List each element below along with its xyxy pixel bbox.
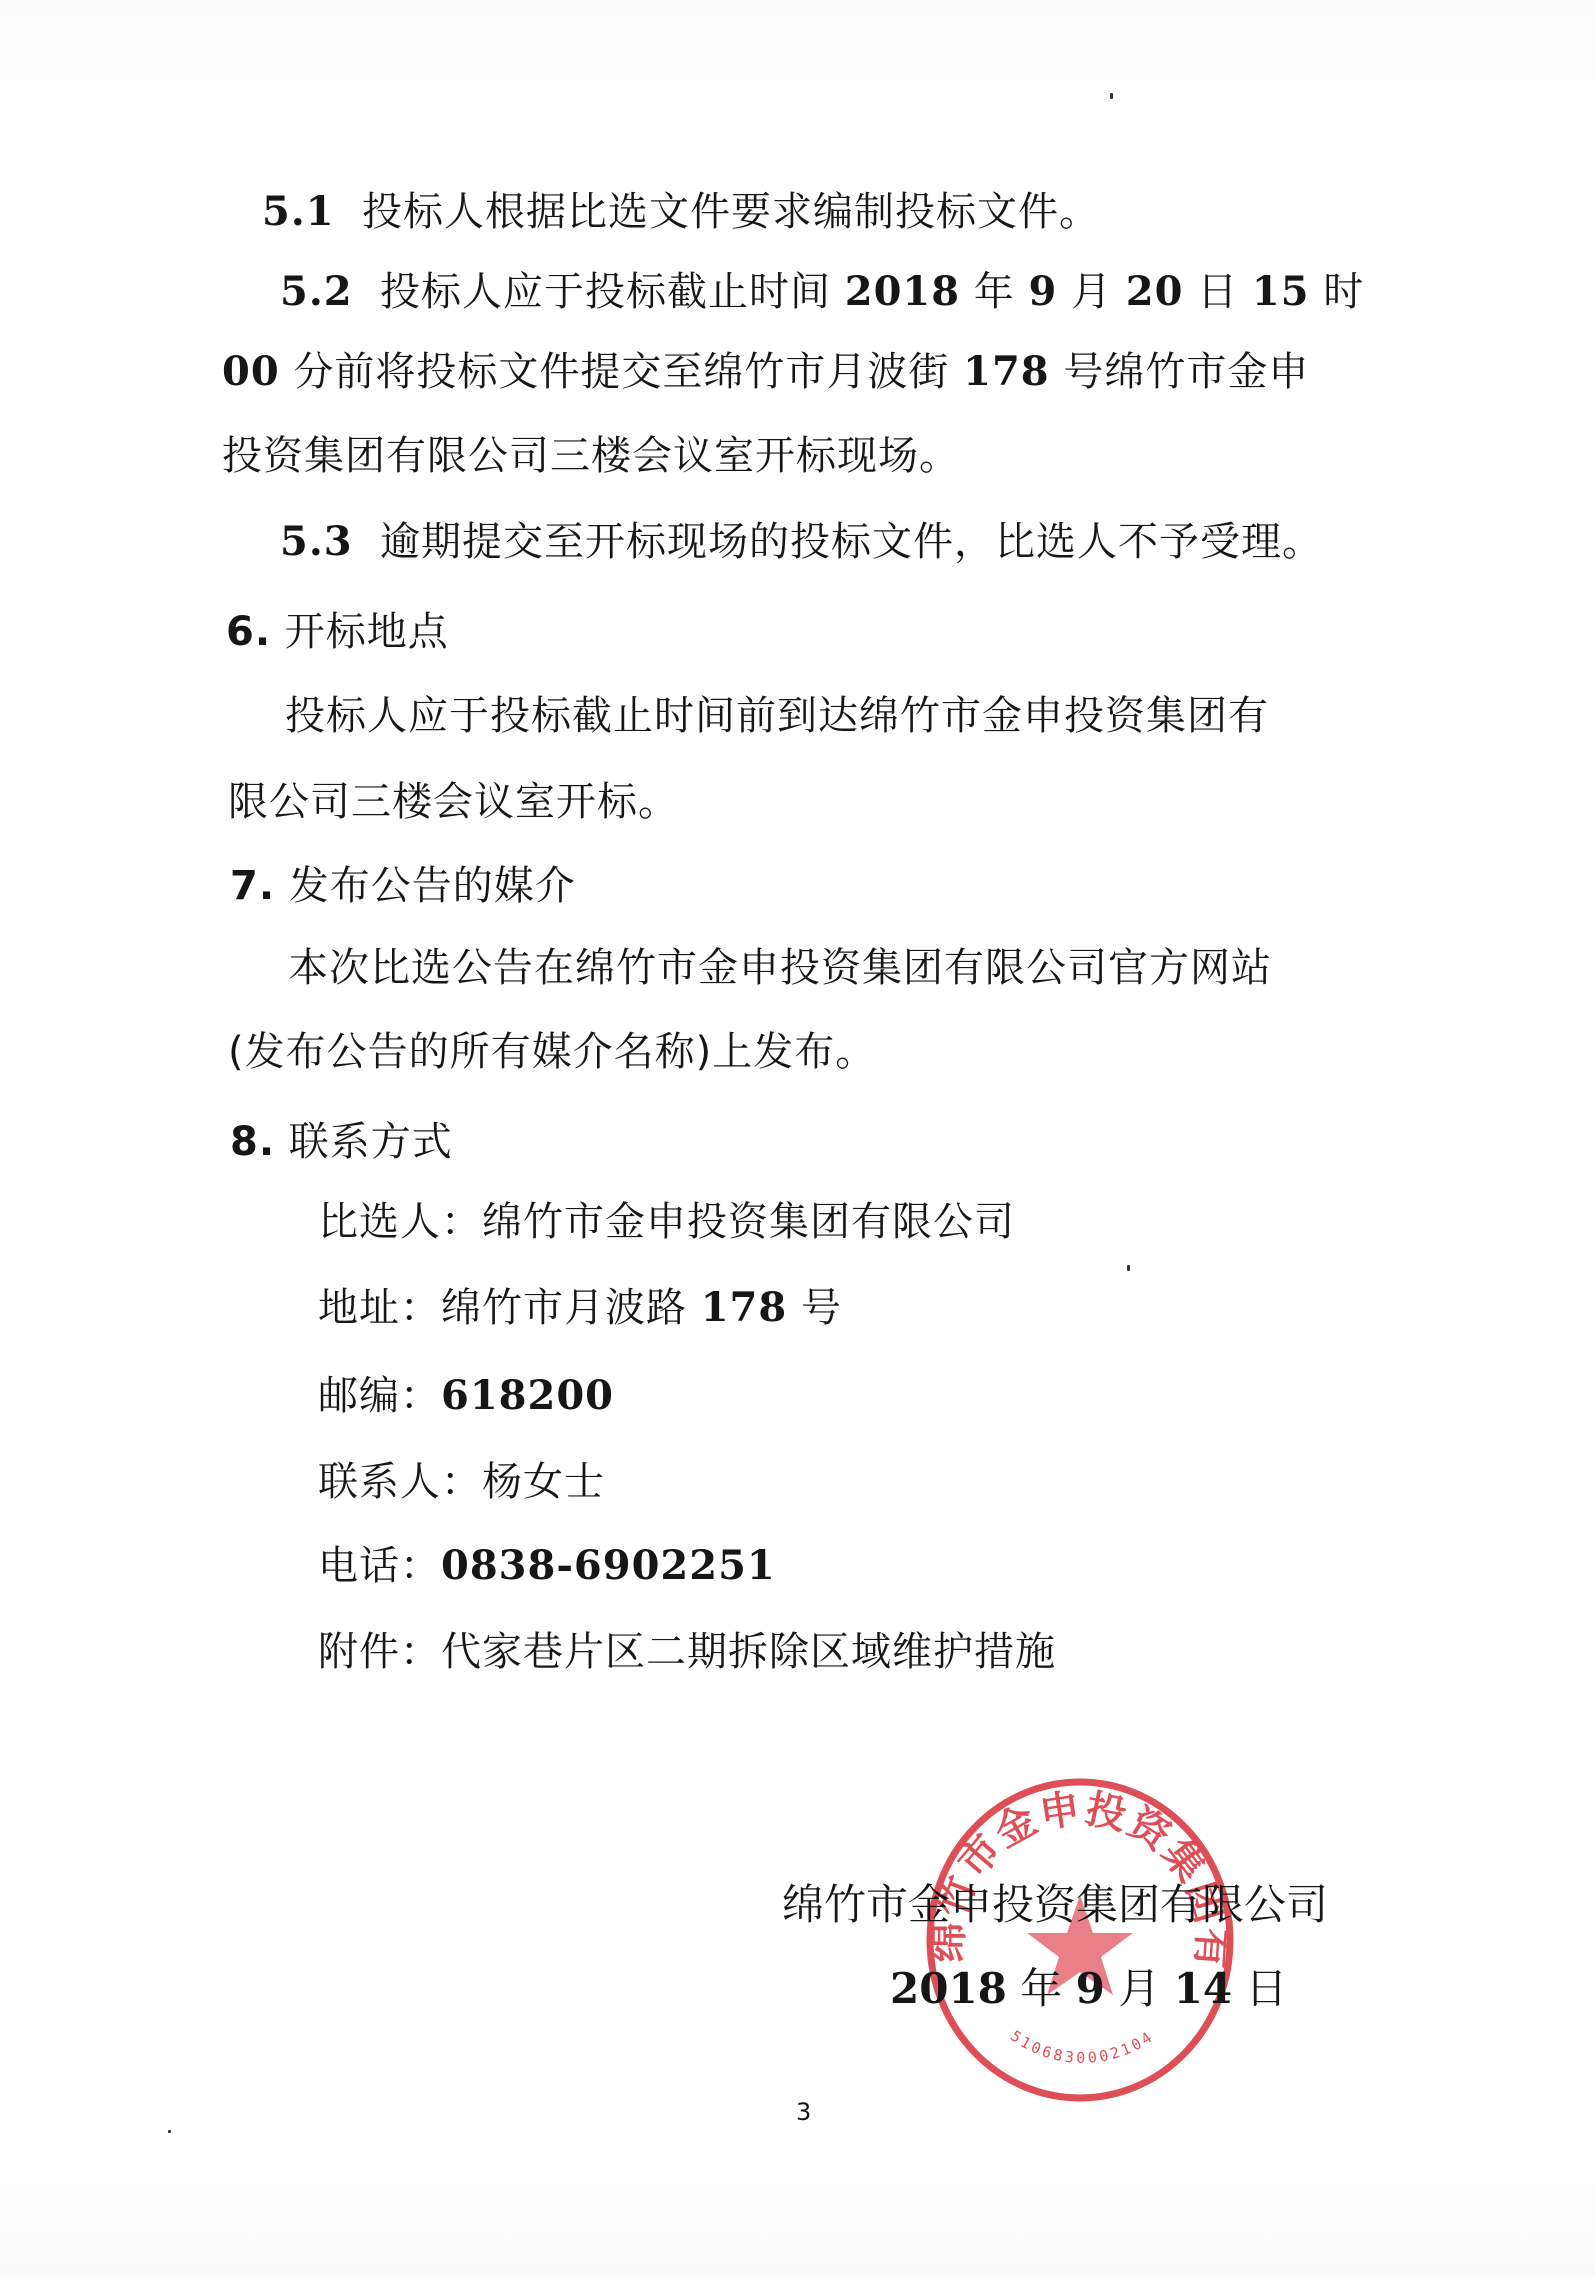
month-char: 月	[1071, 269, 1112, 315]
signature-day: 14	[1174, 1964, 1232, 2013]
contact-attachment: 附件：代家巷片区二期拆除区域维护措施	[318, 1626, 1056, 1678]
contact-value: 618200	[441, 1372, 614, 1419]
deadline-day: 20	[1126, 268, 1184, 315]
day-char: 日	[1197, 269, 1238, 315]
contact-value: 代家巷片区二期拆除区域维护措施	[441, 1629, 1056, 1675]
clause-text: 投资集团有限公司三楼会议室开标现场。	[222, 433, 960, 479]
scan-speck	[1110, 93, 1113, 99]
contact-value: 0838-6902251	[441, 1542, 776, 1589]
contact-value: 绵竹市金申投资集团有限公司	[482, 1199, 1015, 1245]
street-number: 178	[963, 348, 1050, 395]
section-title: 开标地点	[285, 609, 449, 655]
contact-value: 绵竹市月波路	[441, 1285, 687, 1331]
contact-label: 电话：	[318, 1543, 441, 1589]
section-title: 发布公告的媒介	[289, 863, 576, 909]
year-char: 年	[974, 269, 1015, 315]
signature-month: 9	[1076, 1964, 1105, 2013]
section-8-heading: 8. 联系方式	[230, 1116, 453, 1168]
signature-date: 2018 年 9 月 14 日	[890, 1962, 1287, 2016]
deadline-year: 2018	[845, 268, 960, 315]
scan-speck	[1127, 1265, 1130, 1271]
contact-address: 地址：绵竹市月波路 178 号	[318, 1282, 842, 1334]
section-6-heading: 6. 开标地点	[226, 606, 449, 658]
clause-number: 5.3	[280, 518, 353, 565]
month-char: 月	[1118, 1964, 1160, 2013]
address-number: 178	[701, 1284, 788, 1331]
contact-bidder: 比选人：绵竹市金申投资集团有限公司	[318, 1196, 1015, 1248]
clause-5-2-line-2: 00 分前将投标文件提交至绵竹市月波街 178 号绵竹市金申	[222, 346, 1309, 398]
section-7-paragraph-line-2: (发布公告的所有媒介名称)上发布。	[228, 1026, 876, 1078]
contact-label: 比选人：	[318, 1199, 482, 1245]
section-7-paragraph-line-1: 本次比选公告在绵竹市金申投资集团有限公司官方网站	[288, 942, 1272, 994]
clause-number: 5.2	[280, 268, 353, 315]
hour-char: 时	[1323, 269, 1364, 315]
contact-value: 杨女士	[482, 1459, 605, 1505]
clause-5-3: 5.3 逾期提交至开标现场的投标文件，比选人不予受理。	[280, 516, 1323, 568]
clause-text: 逾期提交至开标现场的投标文件，比选人不予受理。	[380, 519, 1323, 565]
clause-5-2: 5.2 投标人应于投标截止时间 2018 年 9 月 20 日 15 时	[280, 266, 1364, 318]
section-7-heading: 7. 发布公告的媒介	[230, 860, 576, 912]
clause-text: 号绵竹市金申	[1063, 349, 1309, 395]
paragraph-text: 限公司三楼会议室开标。	[228, 779, 679, 825]
document-page: 5.1 投标人根据比选文件要求编制投标文件。 5.2 投标人应于投标截止时间 2…	[0, 0, 1595, 2277]
paragraph-text: 投标人应于投标截止时间前到达绵竹市金申投资集团有	[285, 693, 1269, 739]
contact-label: 附件：	[318, 1629, 441, 1675]
contact-label: 联系人：	[318, 1459, 482, 1505]
deadline-month: 9	[1029, 268, 1058, 315]
section-number: 8.	[230, 1119, 275, 1165]
deadline-minute: 00	[222, 348, 280, 395]
section-title: 联系方式	[289, 1119, 453, 1165]
clause-text: 投标人根据比选文件要求编制投标文件。	[362, 189, 1100, 235]
page-number: 3	[796, 2098, 811, 2126]
svg-text:5106830002104: 5106830002104	[1007, 2027, 1157, 2067]
section-6-paragraph-line-1: 投标人应于投标截止时间前到达绵竹市金申投资集团有	[285, 690, 1269, 742]
contact-value: 号	[801, 1285, 842, 1331]
company-name: 绵竹市金申投资集团有限公司	[782, 1880, 1328, 1929]
contact-label: 地址：	[318, 1285, 441, 1331]
deadline-hour: 15	[1252, 268, 1310, 315]
contact-postcode: 邮编：618200	[318, 1370, 614, 1422]
year-char: 年	[1020, 1964, 1062, 2013]
paragraph-text: 本次比选公告在绵竹市金申投资集团有限公司官方网站	[288, 945, 1272, 991]
section-6-paragraph-line-2: 限公司三楼会议室开标。	[228, 776, 679, 828]
scan-speck	[168, 2130, 171, 2133]
day-char: 日	[1245, 1964, 1287, 2013]
clause-text: 投标人应于投标截止时间	[380, 269, 831, 315]
clause-5-1: 5.1 投标人根据比选文件要求编制投标文件。	[262, 186, 1100, 238]
signature-year: 2018	[890, 1964, 1007, 2013]
section-number: 7.	[230, 863, 275, 909]
contact-person: 联系人：杨女士	[318, 1456, 605, 1508]
contact-phone: 电话：0838-6902251	[318, 1540, 776, 1592]
section-number: 6.	[226, 609, 271, 655]
signature-company: 绵竹市金申投资集团有限公司	[782, 1878, 1328, 1932]
official-seal-stamp-icon: 绵竹市金申投资集团有限公司 5106830002104	[915, 1775, 1245, 2105]
paragraph-text: (发布公告的所有媒介名称)上发布。	[228, 1029, 876, 1075]
clause-text: 分前将投标文件提交至绵竹市月波街	[293, 349, 949, 395]
contact-label: 邮编：	[318, 1373, 441, 1419]
clause-number: 5.1	[262, 188, 335, 235]
clause-5-2-line-3: 投资集团有限公司三楼会议室开标现场。	[222, 430, 960, 482]
